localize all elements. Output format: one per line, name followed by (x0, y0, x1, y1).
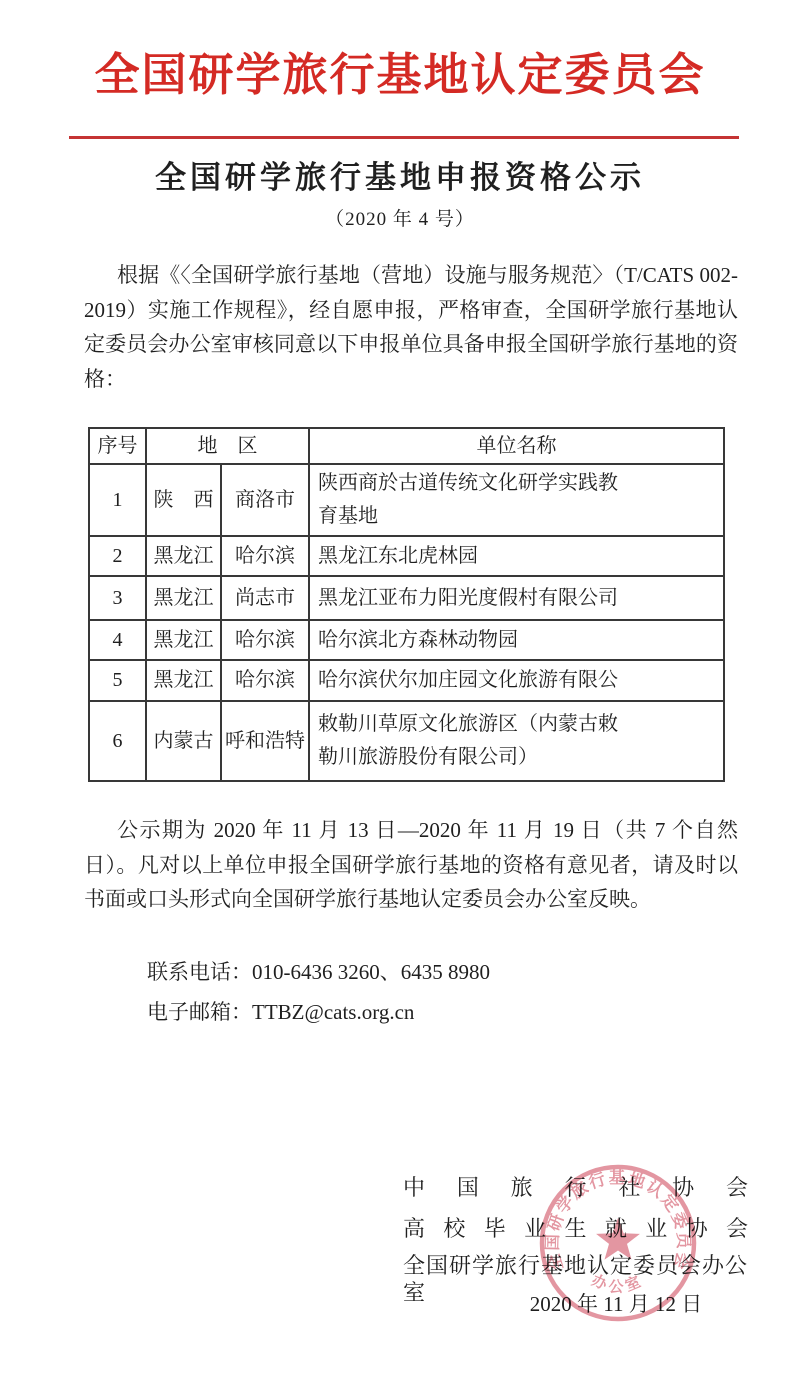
cell-index: 4 (89, 620, 146, 660)
cell-index: 2 (89, 536, 146, 576)
cell-unit: 敕勒川草原文化旅游区（内蒙古敕勒川旅游股份有限公司） (309, 701, 724, 781)
document-title: 全国研学旅行基地申报资格公示 (0, 152, 800, 197)
header-index: 序号 (89, 428, 146, 464)
document-number: （2020 年 4 号） (0, 204, 800, 231)
signature-org-1: 中国旅行社协会 (403, 1174, 748, 1201)
header-divider-line (69, 136, 739, 139)
cell-province: 黑龙江 (146, 620, 221, 660)
table-row: 6 内蒙古 呼和浩特 敕勒川草原文化旅游区（内蒙古敕勒川旅游股份有限公司） (89, 701, 724, 781)
cell-province: 黑龙江 (146, 576, 221, 620)
contact-email: 电子邮箱：TTBZ@cats.org.cn (147, 998, 414, 1026)
cell-city: 哈尔滨 (221, 620, 309, 660)
table-row: 2 黑龙江 哈尔滨 黑龙江东北虎林园 (89, 536, 724, 576)
header-region: 地 区 (146, 428, 309, 464)
table-row: 5 黑龙江 哈尔滨 哈尔滨伏尔加庄园文化旅游有限公 (89, 660, 724, 701)
cell-city: 哈尔滨 (221, 536, 309, 576)
cell-unit: 黑龙江亚布力阳光度假村有限公司 (309, 576, 724, 620)
document-page: 全国研学旅行基地认定委员会 全国研学旅行基地申报资格公示 （2020 年 4 号… (0, 0, 800, 1382)
cell-province: 黑龙江 (146, 536, 221, 576)
contact-phone: 联系电话：010-6436 3260、6435 8980 (147, 958, 490, 986)
cell-city: 商洛市 (221, 464, 309, 536)
org-header-title: 全国研学旅行基地认定委员会 (0, 38, 800, 103)
cell-unit: 哈尔滨伏尔加庄园文化旅游有限公 (309, 660, 724, 701)
applicants-table: 序号 地 区 单位名称 1 陕 西 商洛市 陕西商於古道传统文化研学实践教育基地… (88, 427, 725, 782)
signature-date: 2020 年 11 月 12 日 (516, 1288, 716, 1318)
notice-paragraph: 公示期为 2020 年 11 月 13 日—2020 年 11 月 19 日（共… (84, 813, 738, 917)
cell-province: 黑龙江 (146, 660, 221, 701)
cell-province: 内蒙古 (146, 701, 221, 781)
cell-province: 陕 西 (146, 464, 221, 536)
signature-org-2: 高校毕业生就业协会 (403, 1215, 748, 1242)
table-row: 4 黑龙江 哈尔滨 哈尔滨北方森林动物园 (89, 620, 724, 660)
table-row: 1 陕 西 商洛市 陕西商於古道传统文化研学实践教育基地 (89, 464, 724, 536)
cell-city: 哈尔滨 (221, 660, 309, 701)
cell-city: 呼和浩特 (221, 701, 309, 781)
header-unit: 单位名称 (309, 428, 724, 464)
cell-unit: 陕西商於古道传统文化研学实践教育基地 (309, 464, 724, 536)
intro-paragraph: 根据《〈全国研学旅行基地（营地）设施与服务规范〉（T/CATS 002-2019… (84, 258, 738, 397)
cell-unit: 哈尔滨北方森林动物园 (309, 620, 724, 660)
table-header-row: 序号 地 区 单位名称 (89, 428, 724, 464)
cell-index: 1 (89, 464, 146, 536)
cell-unit: 黑龙江东北虎林园 (309, 536, 724, 576)
table-row: 3 黑龙江 尚志市 黑龙江亚布力阳光度假村有限公司 (89, 576, 724, 620)
cell-index: 3 (89, 576, 146, 620)
cell-city: 尚志市 (221, 576, 309, 620)
cell-index: 6 (89, 701, 146, 781)
cell-index: 5 (89, 660, 146, 701)
